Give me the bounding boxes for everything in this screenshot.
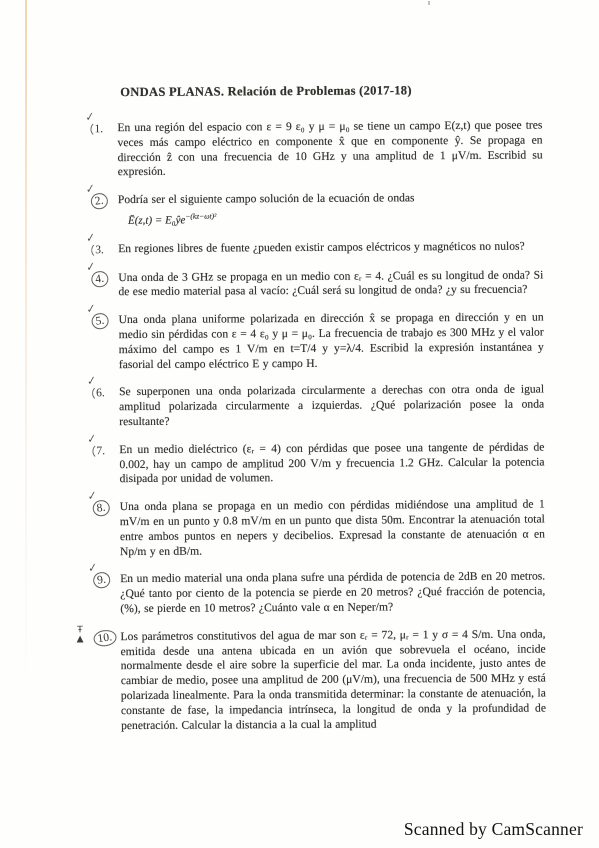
problem-text: En un medio material una onda plana sufr… bbox=[120, 570, 545, 617]
problem-text: Podría ser el siguiente campo solución d… bbox=[118, 191, 543, 208]
formula-exponent: −(kz−ωt)² bbox=[185, 211, 216, 220]
problem-body: Se superponen una onda polarizada circul… bbox=[119, 383, 544, 430]
problem-item: ✓ 2. Podría ser el siguiente campo soluc… bbox=[91, 190, 598, 229]
problem-item: ✓ 7. En un medio dieléctrico (εᵣ = 4) co… bbox=[92, 440, 599, 487]
problem-item: ✓ 6. Se superponen una onda polarizada c… bbox=[92, 383, 599, 430]
scan-speck-artifact bbox=[428, 1, 430, 5]
problem-number-column: ✓ 1. bbox=[90, 121, 117, 180]
problem-number: 5. bbox=[95, 314, 105, 328]
problem-number: 1. bbox=[94, 122, 103, 135]
problem-body: En regiones libres de fuente ¿pueden exi… bbox=[118, 239, 543, 258]
problem-number-column: ✓ 9. bbox=[93, 572, 120, 617]
problem-number-column: ✓ 4. bbox=[91, 271, 118, 301]
problem-body: En un medio dieléctrico (εᵣ = 4) con pér… bbox=[119, 440, 544, 487]
problem-number: 7. bbox=[96, 444, 105, 457]
number-circle: 2. bbox=[90, 192, 109, 210]
problem-text: Una onda plana uniforme polarizada en di… bbox=[119, 311, 544, 373]
scanned-page: ONDAS PLANAS. Relación de Problemas (201… bbox=[0, 0, 599, 848]
problem-number-column: ✓ 3. bbox=[91, 242, 118, 258]
problem-text: Se superponen una onda polarizada circul… bbox=[119, 383, 544, 430]
problem-formula: Ē(z,t) = E₀ŷe−(kz−ωt)² bbox=[128, 209, 543, 226]
formula-base: Ē(z,t) = E₀ŷe bbox=[128, 214, 185, 226]
problem-number-column: ✓ 5. bbox=[92, 313, 119, 372]
number-circle: 4. bbox=[90, 270, 109, 288]
problem-item: ✓ 8. Una onda plana se propaga en un med… bbox=[93, 497, 599, 559]
problem-number: 9. bbox=[96, 573, 106, 587]
problem-body: Una onda plana uniforme polarizada en di… bbox=[119, 311, 544, 373]
problem-number-column: ✓ 6. bbox=[92, 386, 119, 431]
number-circle: 9. bbox=[92, 572, 111, 590]
problem-body: Podría ser el siguiente campo solución d… bbox=[118, 191, 543, 229]
side-marks: Ŧ ▲ bbox=[76, 626, 83, 644]
number-circle: 3. bbox=[91, 242, 108, 258]
problem-item: ✓ 4. Una onda de 3 GHz se propaga en un … bbox=[91, 268, 598, 301]
problem-body: En un medio material una onda plana sufr… bbox=[120, 570, 545, 617]
problem-list: ✓ 1. En una región del espacio con ε = 9… bbox=[90, 118, 599, 733]
problem-text: Los parámetros constitutivos del agua de… bbox=[120, 627, 546, 733]
problem-body: En una región del espacio con ε = 9 ε₀ y… bbox=[117, 119, 542, 181]
problem-number: 6. bbox=[96, 387, 105, 400]
number-circle: 10. bbox=[93, 629, 117, 648]
problem-item: ✓ 3. En regiones libres de fuente ¿puede… bbox=[91, 239, 598, 258]
problem-text: Una onda plana se propaga en un medio co… bbox=[120, 498, 545, 560]
problem-number: 10. bbox=[97, 630, 113, 645]
problem-number: 8. bbox=[96, 501, 106, 515]
camscanner-watermark: Scanned by CamScanner bbox=[404, 819, 583, 840]
arrow-pen-mark-icon: ▲ bbox=[77, 635, 84, 644]
problem-number-column: 10. bbox=[93, 630, 121, 734]
problem-item: ✓ 1. En una región del espacio con ε = 9… bbox=[90, 118, 597, 180]
problem-text: Una onda de 3 GHz se propaga en un medio… bbox=[118, 268, 543, 300]
page-title: ONDAS PLANAS. Relación de Problemas (201… bbox=[120, 82, 597, 100]
problem-text: En un medio dieléctrico (εᵣ = 4) con pér… bbox=[119, 440, 544, 487]
problem-body: Los parámetros constitutivos del agua de… bbox=[120, 627, 546, 733]
problem-number-column: ✓ 7. bbox=[92, 443, 119, 488]
number-circle: 1. bbox=[90, 121, 107, 137]
problem-number-column: ✓ 2. bbox=[91, 193, 118, 229]
problem-item: ✓ 5. Una onda plana uniforme polarizada … bbox=[92, 310, 599, 372]
problem-number: 4. bbox=[94, 271, 104, 285]
document-content: ONDAS PLANAS. Relación de Problemas (201… bbox=[0, 82, 599, 734]
problem-body: Una onda plana se propaga en un medio co… bbox=[120, 498, 545, 560]
problem-body: Una onda de 3 GHz se propaga en un medio… bbox=[118, 268, 543, 300]
number-circle: 8. bbox=[92, 499, 111, 517]
problem-item: ✓ 9. En un medio material una onda plana… bbox=[93, 570, 599, 617]
problem-text: En regiones libres de fuente ¿pueden exi… bbox=[118, 239, 543, 256]
problem-item: Ŧ ▲ 10. Los parámetros constitutivos del… bbox=[93, 627, 599, 734]
problem-number: 2. bbox=[94, 194, 104, 208]
problem-number-column: ✓ 8. bbox=[93, 500, 120, 559]
number-circle: 7. bbox=[92, 443, 109, 459]
number-circle: 6. bbox=[92, 386, 109, 402]
number-circle: 5. bbox=[91, 312, 110, 330]
problem-number: 3. bbox=[95, 243, 104, 256]
problem-text: En una región del espacio con ε = 9 ε₀ y… bbox=[117, 119, 542, 181]
